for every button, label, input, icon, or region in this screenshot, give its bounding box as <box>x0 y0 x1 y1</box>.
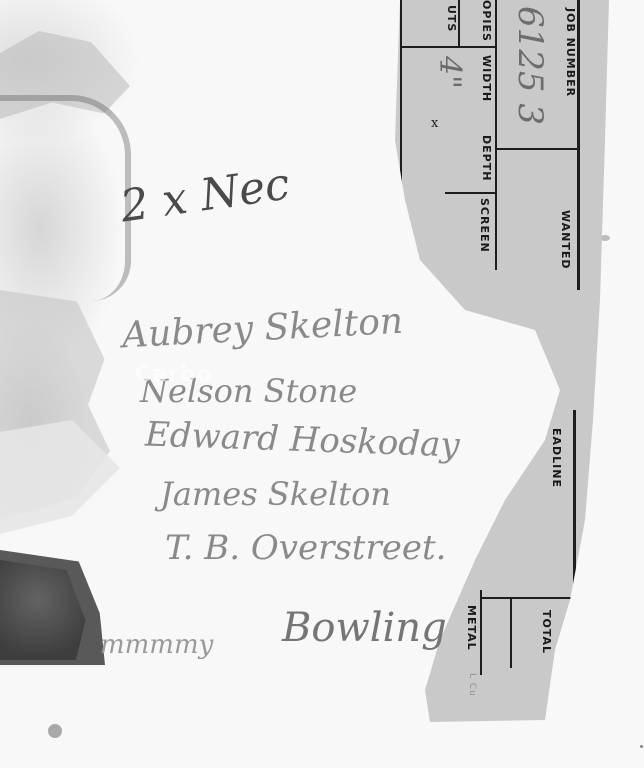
form-rule <box>445 192 497 194</box>
form-rule <box>400 0 402 190</box>
label-total: TOTAL <box>540 610 553 654</box>
form-rule <box>510 598 512 668</box>
label-deadline: EADLINE <box>550 428 563 488</box>
speck <box>640 745 643 748</box>
form-rule <box>458 0 460 48</box>
signature: Bowling <box>282 605 447 651</box>
label-metal-sub: L Cu <box>467 673 477 697</box>
watermark: Carbo <box>135 362 213 387</box>
label-depth: DEPTH <box>480 135 493 181</box>
label-copies: OPIES <box>480 0 493 42</box>
form-rule <box>400 46 497 48</box>
width-value: 4" <box>432 56 467 89</box>
name-line: James Skelton <box>160 475 391 513</box>
label-wanted: WANTED <box>559 210 572 270</box>
label-job-number: JOB NUMBER <box>564 8 577 97</box>
water-stain-edge <box>0 95 131 301</box>
label-screen: SCREEN <box>478 198 491 253</box>
label-cuts: UTS <box>445 5 458 32</box>
speck <box>48 724 62 738</box>
form-rule <box>480 597 575 599</box>
form-rule <box>497 148 579 150</box>
label-metal: METAL <box>465 605 478 651</box>
width-mark: x <box>431 116 438 131</box>
form-rule <box>495 0 497 270</box>
form-rule <box>577 0 580 290</box>
name-line: T. B. Overstreet. <box>165 528 446 568</box>
scribble: mmmmy <box>100 630 213 660</box>
job-number-value: 6125 3 <box>510 6 550 125</box>
label-width: WIDTH <box>480 55 493 102</box>
form-rule <box>480 590 482 675</box>
